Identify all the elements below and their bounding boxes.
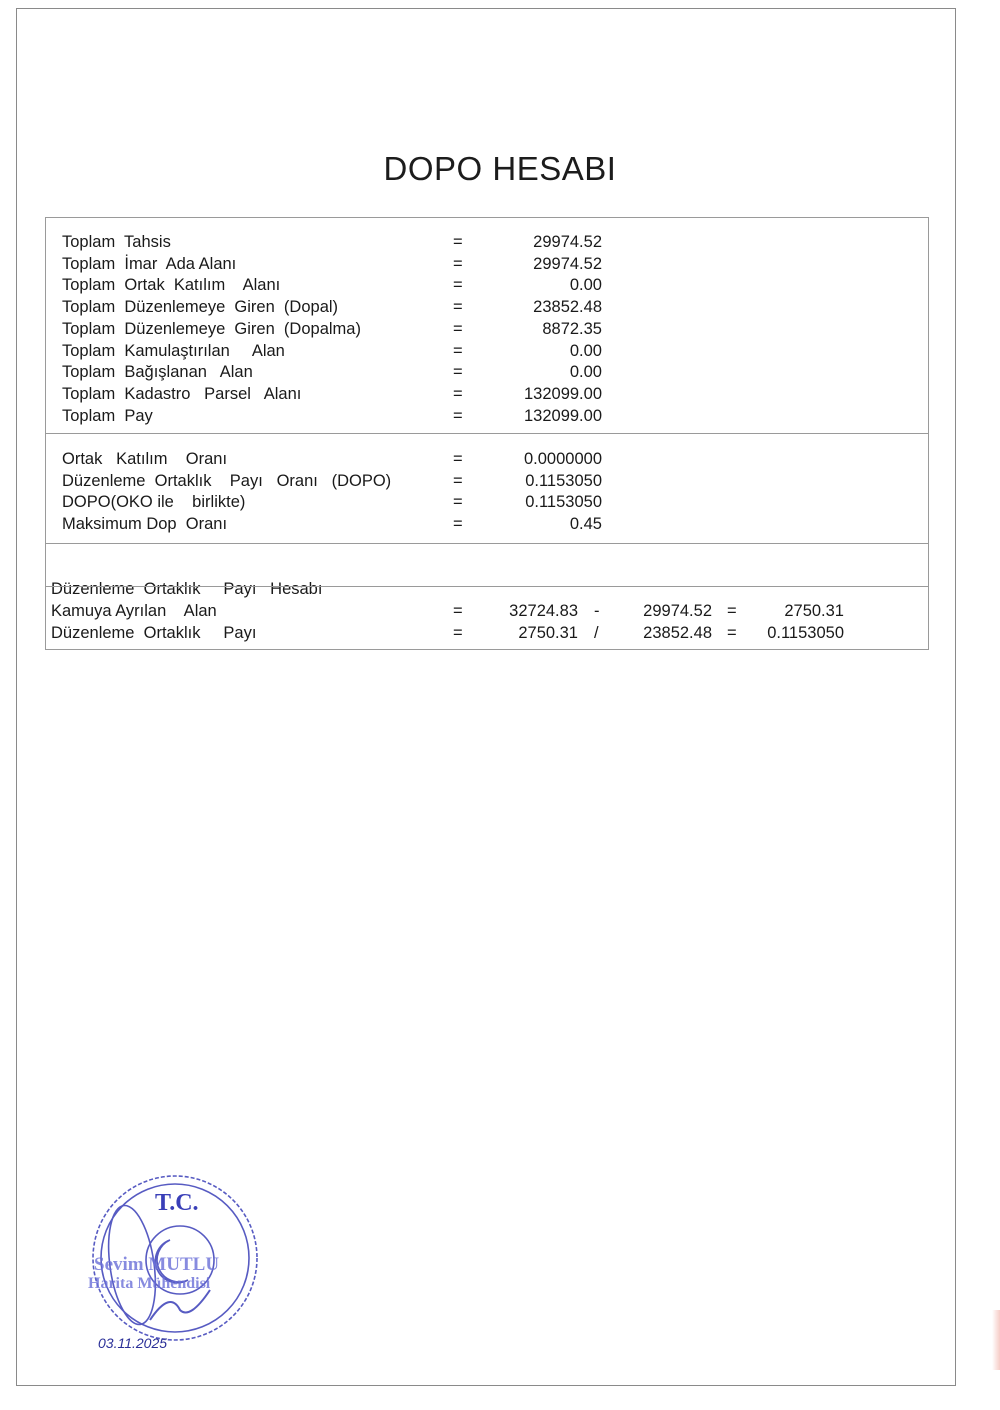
document-title: DOPO HESABI xyxy=(0,150,1000,188)
table-row: Toplam Pay=132099.00 xyxy=(62,406,602,427)
result-value: 2750.31 xyxy=(741,601,844,622)
equals-sign: = xyxy=(453,254,463,275)
equals-sign: = xyxy=(727,601,737,622)
row-value: 8872.35 xyxy=(482,319,602,340)
divider xyxy=(46,543,928,544)
table-row: Toplam Bağışlanan Alan=0.00 xyxy=(62,362,602,383)
equals-sign: = xyxy=(453,384,463,405)
operand-b: 29974.52 xyxy=(611,601,712,622)
row-label: Toplam Tahsis xyxy=(62,232,171,253)
table-row: DOPO(OKO ile birlikte)=0.1153050 xyxy=(62,492,602,513)
equals-sign: = xyxy=(453,319,463,340)
row-label: Toplam Pay xyxy=(62,406,153,427)
row-value: 0.00 xyxy=(482,275,602,296)
table-row: Toplam Tahsis=29974.52 xyxy=(62,232,602,253)
equals-sign: = xyxy=(453,406,463,427)
row-value: 0.0000000 xyxy=(482,449,602,470)
row-label: Ortak Katılım Oranı xyxy=(62,449,227,470)
equals-sign: = xyxy=(727,623,737,644)
table-row: Toplam Ortak Katılım Alanı=0.00 xyxy=(62,275,602,296)
divider xyxy=(46,586,928,587)
equals-sign: = xyxy=(453,449,463,470)
row-label: Kamuya Ayrılan Alan xyxy=(51,601,217,622)
equals-sign: = xyxy=(453,341,463,362)
result-value: 0.1153050 xyxy=(741,623,844,644)
row-label: Toplam Ortak Katılım Alanı xyxy=(62,275,280,296)
divider xyxy=(46,433,928,434)
row-value: 0.45 xyxy=(482,514,602,535)
row-label: Toplam Kamulaştırılan Alan xyxy=(62,341,285,362)
row-label: Toplam Düzenlemeye Giren (Dopal) xyxy=(62,297,338,318)
row-label: Düzenleme Ortaklık Payı xyxy=(51,623,256,644)
table-row: Toplam Düzenlemeye Giren (Dopal)=23852.4… xyxy=(62,297,602,318)
operator: - xyxy=(594,601,600,622)
operand-a: 2750.31 xyxy=(471,623,578,644)
table-row: Maksimum Dop Oranı=0.45 xyxy=(62,514,602,535)
equals-sign: = xyxy=(453,601,463,622)
row-label: Toplam İmar Ada Alanı xyxy=(62,254,236,275)
svg-text:T.C.: T.C. xyxy=(155,1190,199,1216)
formula-row: Kamuya Ayrılan Alan=32724.83-29974.52=27… xyxy=(51,601,851,622)
row-value: 132099.00 xyxy=(482,384,602,405)
row-value: 23852.48 xyxy=(482,297,602,318)
equals-sign: = xyxy=(453,514,463,535)
equals-sign: = xyxy=(453,362,463,383)
table-row: Ortak Katılım Oranı=0.0000000 xyxy=(62,449,602,470)
table-row: Toplam Düzenlemeye Giren (Dopalma)=8872.… xyxy=(62,319,602,340)
equals-sign: = xyxy=(453,275,463,296)
table-row: Düzenleme Ortaklık Payı Oranı (DOPO)=0.1… xyxy=(62,471,602,492)
equals-sign: = xyxy=(453,297,463,318)
row-value: 29974.52 xyxy=(482,232,602,253)
section-heading: Düzenleme Ortaklık Payı Hesabı xyxy=(51,558,69,579)
calculation-table: Toplam Tahsis=29974.52Toplam İmar Ada Al… xyxy=(45,217,929,650)
row-label: Maksimum Dop Oranı xyxy=(62,514,227,535)
row-value: 0.00 xyxy=(482,341,602,362)
row-value: 29974.52 xyxy=(482,254,602,275)
table-row: Toplam İmar Ada Alanı=29974.52 xyxy=(62,254,602,275)
equals-sign: = xyxy=(453,623,463,644)
equals-sign: = xyxy=(453,471,463,492)
operator: / xyxy=(594,623,599,644)
table-row: Toplam Kadastro Parsel Alanı=132099.00 xyxy=(62,384,602,405)
svg-text:03.11.2025: 03.11.2025 xyxy=(98,1335,167,1351)
row-label: Toplam Bağışlanan Alan xyxy=(62,362,253,383)
equals-sign: = xyxy=(453,492,463,513)
operand-b: 23852.48 xyxy=(611,623,712,644)
row-label: DOPO(OKO ile birlikte) xyxy=(62,492,245,513)
row-value: 0.1153050 xyxy=(482,471,602,492)
row-value: 132099.00 xyxy=(482,406,602,427)
operand-a: 32724.83 xyxy=(471,601,578,622)
table-row: Toplam Kamulaştırılan Alan=0.00 xyxy=(62,341,602,362)
row-value: 0.1153050 xyxy=(482,492,602,513)
scan-edge-mark xyxy=(992,1310,1000,1370)
row-label: Toplam Düzenlemeye Giren (Dopalma) xyxy=(62,319,361,340)
official-stamp: T.C. Sevim MUTLU Harita Mühendisi 03.11.… xyxy=(80,1170,270,1360)
formula-row: Düzenleme Ortaklık Payı=2750.31/23852.48… xyxy=(51,623,851,644)
row-label: Toplam Kadastro Parsel Alanı xyxy=(62,384,301,405)
svg-text:Sevim MUTLU: Sevim MUTLU xyxy=(94,1254,219,1275)
svg-text:Harita Mühendisi: Harita Mühendisi xyxy=(88,1275,211,1292)
row-value: 0.00 xyxy=(482,362,602,383)
equals-sign: = xyxy=(453,232,463,253)
row-label: Düzenleme Ortaklık Payı Oranı (DOPO) xyxy=(62,471,391,492)
